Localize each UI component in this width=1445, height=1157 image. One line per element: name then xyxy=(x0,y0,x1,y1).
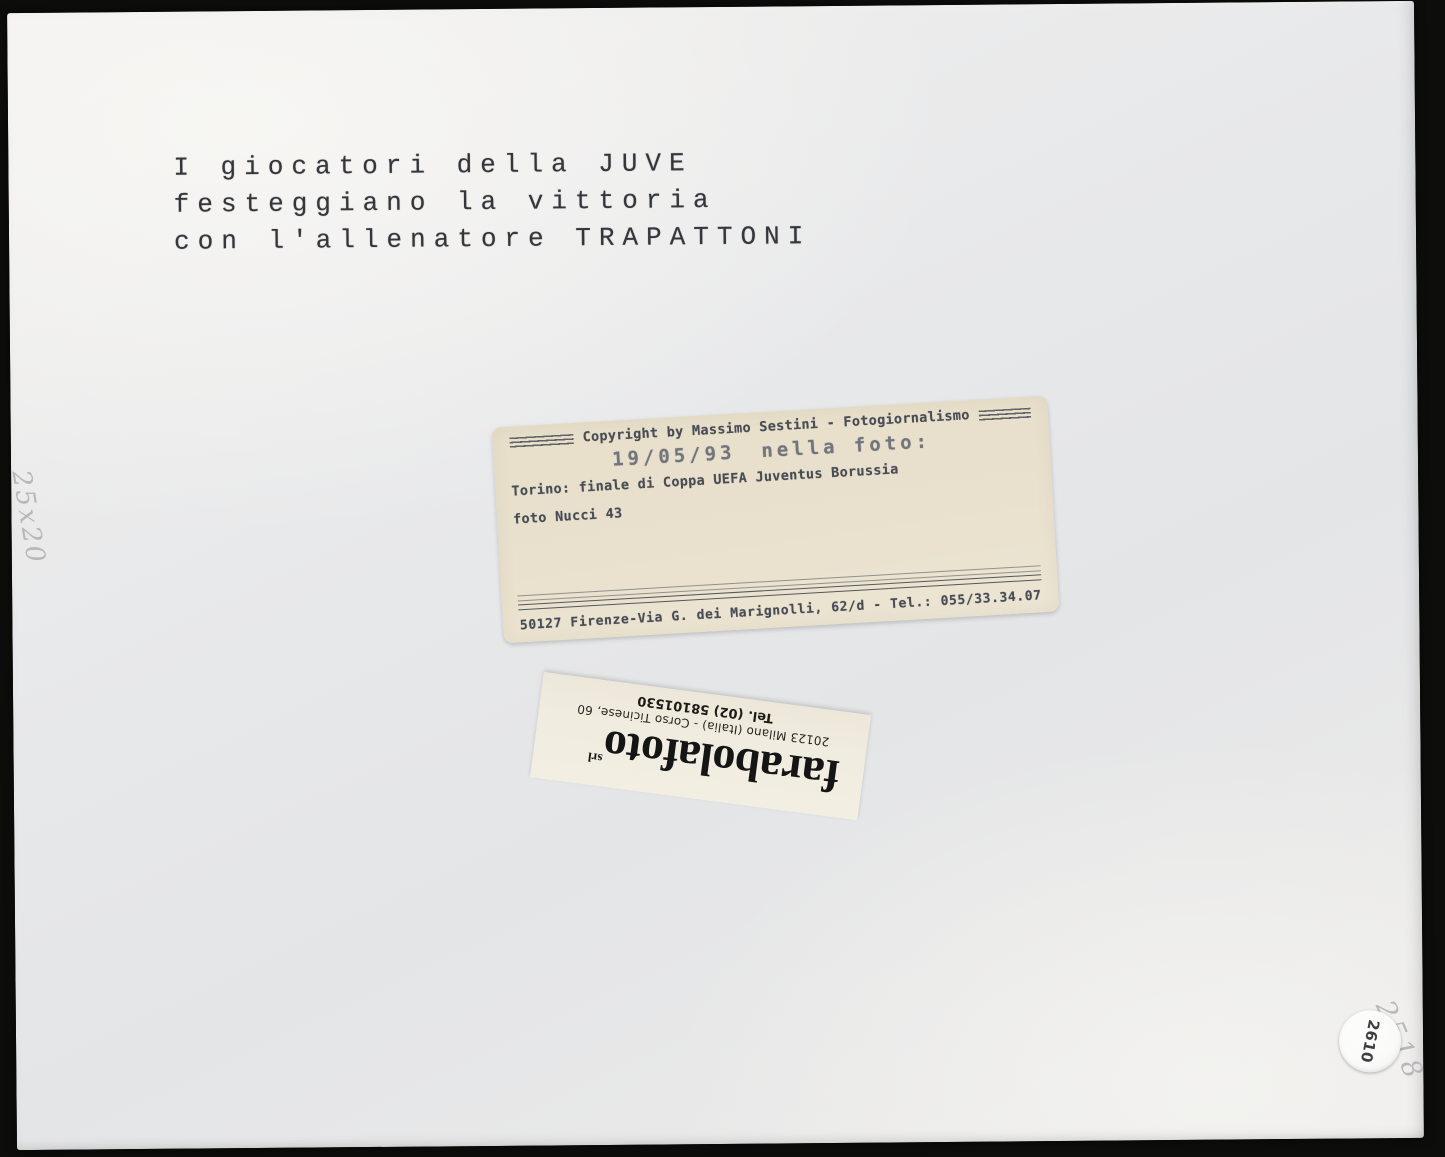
triple-rule-right xyxy=(978,407,1031,421)
sestini-agency-label: Copyright by Massimo Sestini - Fotogiorn… xyxy=(492,396,1060,644)
typewritten-caption: I giocatori della JUVE festeggiano la vi… xyxy=(173,144,811,261)
caption-line-1: I giocatori della JUVE xyxy=(173,144,811,187)
photo-back-paper: I giocatori della JUVE festeggiano la vi… xyxy=(7,1,1424,1150)
caption-line-2: festeggiano la vittoria xyxy=(174,181,812,224)
handwritten-size-note: 25x20 xyxy=(5,468,50,567)
scanner-background: I giocatori della JUVE festeggiano la vi… xyxy=(0,0,1445,1157)
dateline-gap xyxy=(736,457,762,458)
date-text: 19/05/93 xyxy=(611,442,736,471)
farabola-distributor-label: farabolafotosrl 20123 Milano (Italia) - … xyxy=(530,672,871,820)
nella-foto-text: nella foto: xyxy=(761,430,932,462)
caption-line-3: con l'allenatore TRAPATTONI xyxy=(174,218,812,261)
sticker-number-text: 2610 xyxy=(1357,1018,1383,1064)
farabola-brand-suffix: srl xyxy=(587,750,603,767)
round-number-sticker: 2610 xyxy=(1339,1010,1402,1073)
triple-rule-left xyxy=(509,433,574,448)
